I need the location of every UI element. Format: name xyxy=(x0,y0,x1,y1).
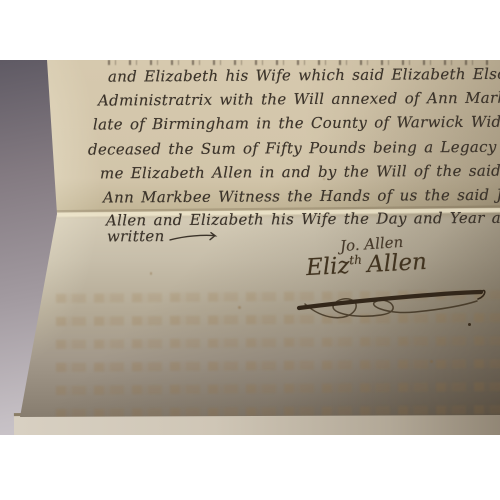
signature-rest: Allen xyxy=(367,249,428,278)
signature-flourish xyxy=(293,284,491,326)
cut-off-text-fragments xyxy=(108,60,488,65)
written-word: written xyxy=(107,227,165,245)
handwriting-layer: and Elizabeth his Wife which said Elizab… xyxy=(0,60,500,435)
ink-dot xyxy=(468,323,471,326)
manuscript-paper: and Elizabeth his Wife which said Elizab… xyxy=(0,60,500,435)
manuscript-line: late of Birmingham in the County of Warw… xyxy=(93,112,500,133)
signature-prefix: Eliz xyxy=(305,253,350,281)
manuscript-line: me Elizabeth Allen in and by the Will of… xyxy=(100,162,500,183)
signature-superscript: th xyxy=(349,253,362,268)
manuscript-line-written: written xyxy=(107,227,221,246)
signature-elizabeth-allen: ElizthAllen xyxy=(305,249,427,281)
manuscript-line: Administratrix with the Will annexed of … xyxy=(98,88,500,109)
manuscript-line: and Elizabeth his Wife which said Elizab… xyxy=(108,64,500,85)
page: { "photo": { "description_colors": { "pa… xyxy=(0,0,500,500)
manuscript-line: deceased the Sum of Fifty Pounds being a… xyxy=(88,137,500,158)
manuscript-line: Ann Markbee Witness the Hands of us the … xyxy=(103,185,500,206)
pen-flourish-dash xyxy=(168,232,220,242)
document-photo: and Elizabeth his Wife which said Elizab… xyxy=(0,60,500,435)
